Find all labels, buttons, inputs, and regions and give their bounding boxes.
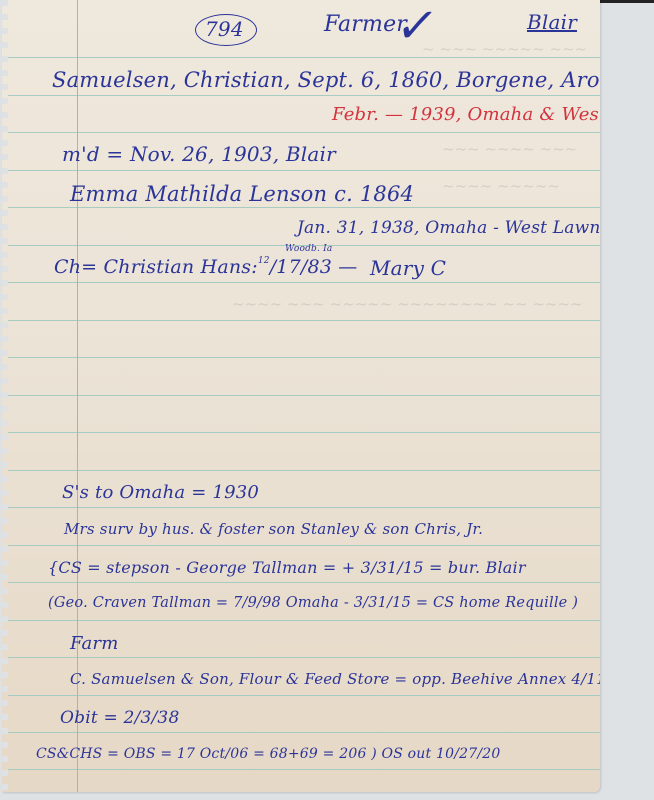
bleed-through-text: ~~~~ ~~~ ~~~~~ ~~~~~~~~ ~~ ~~~~ (232, 295, 583, 313)
ruled-line (8, 769, 600, 770)
ruled-line (8, 732, 600, 733)
spouse-line: Emma Mathilda Lenson c. 1864 (70, 182, 414, 206)
bleed-through-text: ~~~~ ~~~~~ (442, 177, 560, 195)
child-1-place: Woodb. Ia (285, 244, 332, 254)
farm-line: Farm (70, 633, 118, 654)
ruled-line (8, 545, 600, 546)
child-1-name: Christian Hans: (104, 256, 258, 278)
ruled-line (8, 582, 600, 583)
children-label: Ch= (54, 256, 97, 278)
ruled-line (8, 620, 600, 621)
spouse-death-line: Jan. 31, 1938, Omaha - West Lawn (297, 218, 600, 238)
obit-line: Obit = 2/3/38 (60, 708, 179, 728)
citation-line: CS&CHS = OBS = 17 Oct/06 = 68+69 = 206 )… (36, 746, 500, 762)
scanner-edge (600, 0, 654, 3)
ruled-line (8, 657, 600, 658)
ruled-line (8, 132, 600, 133)
bleed-through-text: ~ ~~~ ~~~~~ ~~~ (422, 40, 587, 58)
child-1-sup: 12 (258, 256, 270, 266)
ruled-line (8, 95, 600, 96)
children-line: Ch= Christian Hans:12/17/83 — (54, 256, 358, 278)
death-note: Febr. — 1939, Omaha & West Lawn (332, 104, 600, 125)
record-number: 794 (205, 17, 244, 41)
torn-perforation-edge (2, 0, 8, 792)
ruled-line (8, 320, 600, 321)
moved-line: S's to Omaha = 1930 (62, 482, 259, 503)
location: Blair (527, 10, 577, 34)
ruled-line (8, 207, 600, 208)
ruled-line (8, 695, 600, 696)
store-line: C. Samuelsen & Son, Flour & Feed Store =… (70, 670, 600, 688)
ruled-line (8, 507, 600, 508)
ruled-line (8, 282, 600, 283)
ruled-line (8, 432, 600, 433)
notebook-page: ~ ~~~ ~~~~~ ~~~ ~~~ ~~~~ ~~~ ~~~~ ~~~~~ … (2, 0, 600, 792)
ruled-line (8, 470, 600, 471)
stepson-line: {CS = stepson - George Tallman = + 3/31/… (48, 558, 526, 577)
name-birth-line: Samuelsen, Christian, Sept. 6, 1860, Bor… (52, 68, 600, 92)
ruled-line (8, 170, 600, 171)
ruled-line (8, 395, 600, 396)
child-2-name: Mary C (370, 256, 446, 280)
survivors-line: Mrs surv by hus. & foster son Stanley & … (64, 520, 483, 538)
ruled-line (8, 357, 600, 358)
marriage-line: m'd = Nov. 26, 1903, Blair (62, 142, 336, 166)
child-1-date: /17/83 — (270, 256, 358, 278)
stepson-detail-line: (Geo. Craven Tallman = 7/9/98 Omaha - 3/… (48, 595, 578, 611)
bleed-through-text: ~~~ ~~~~ ~~~ (442, 140, 577, 158)
